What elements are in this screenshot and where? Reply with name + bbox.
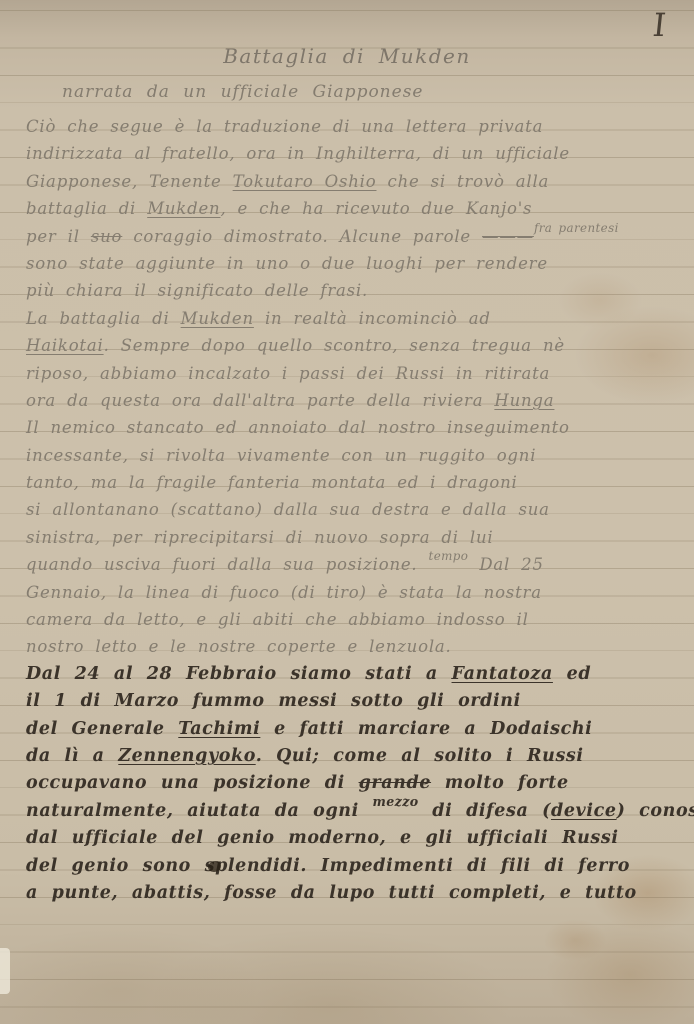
text-segment: più chiara il significato delle frasi. [26, 281, 368, 300]
text-segment: sono state aggiunte in uno o due luoghi … [26, 254, 548, 273]
manuscript-line: occupavano una posizione di grande molto… [26, 770, 688, 797]
underlined-text: device [551, 801, 617, 821]
manuscript-page: I Battaglia di Mukden narrata da un uffi… [0, 0, 694, 1024]
manuscript-line: riposo, abbiamo incalzato i passi dei Ru… [26, 360, 688, 387]
manuscript-line: sinistra, per riprecipitarsi di nuovo so… [26, 524, 688, 551]
manuscript-line: camera da letto, e gli abiti che abbiamo… [26, 606, 688, 633]
text-segment: molto forte [431, 773, 569, 793]
manuscript-line: tanto, ma la fragile fanteria montata ed… [26, 469, 688, 496]
manuscript-line: sono state aggiunte in uno o due luoghi … [26, 250, 688, 277]
manuscript-line: per il suo coraggio dimostrato. Alcune p… [26, 223, 688, 250]
text-segment: a punte, abattis, fosse da lupo tutti co… [26, 883, 637, 903]
manuscript-line: nostro letto e le nostre coperte e lenzu… [26, 633, 688, 660]
inserted-text: tempo [429, 549, 469, 563]
manuscript-body: Ciò che segue è la traduzione di una let… [26, 113, 688, 907]
text-segment: del Generale [26, 719, 178, 739]
text-segment: Giapponese, Tenente [26, 172, 233, 191]
underlined-text: Mukden [147, 199, 220, 218]
page-title: Battaglia di Mukden [0, 44, 694, 68]
manuscript-line: si allontanano (scattano) dalla sua dest… [26, 496, 688, 523]
text-segment: da lì a [26, 746, 118, 766]
text-segment: occupavano una posizione di [26, 773, 359, 793]
text-segment: battaglia di [26, 199, 147, 218]
manuscript-line: più chiara il significato delle frasi. [26, 277, 688, 304]
text-segment: naturalmente, aiutata da ogni [26, 801, 373, 821]
text-segment: tanto, ma la fragile fanteria montata ed… [26, 473, 518, 492]
text-segment: e fatti marciare a Dodaischi [260, 719, 592, 739]
text-segment: si allontanano (scattano) dalla sua dest… [26, 500, 550, 519]
text-segment: per il [26, 227, 91, 246]
inserted-text: fra parentesi [534, 221, 619, 235]
manuscript-line: da lì a Zennengyoko. Qui; come al solito… [26, 743, 688, 770]
manuscript-line: a punte, abattis, fosse da lupo tutti co… [26, 880, 688, 907]
text-segment: quando usciva fuori dalla sua posizione. [26, 555, 429, 574]
manuscript-line: il 1 di Marzo fummo messi sotto gli ordi… [26, 688, 688, 715]
manuscript-line: ora da questa ora dall'altra parte della… [26, 387, 688, 414]
manuscript-line: incessante, si rivolta vivamente con un … [26, 442, 688, 469]
text-segment: di difesa ( [419, 801, 551, 821]
manuscript-line: Giapponese, Tenente Tokutaro Oshio che s… [26, 168, 688, 195]
text-segment: indirizzata al fratello, ora in Inghilte… [26, 144, 570, 163]
underlined-text: Mukden [181, 309, 254, 328]
text-segment: che si trovò alla [376, 172, 549, 191]
text-segment: . Qui; come al solito i Russi [256, 746, 584, 766]
underlined-text: Haikotai [26, 336, 104, 355]
text-segment: incessante, si rivolta vivamente con un … [26, 446, 536, 465]
text-segment: nostro letto e le nostre coperte e lenzu… [26, 637, 452, 656]
manuscript-line: indirizzata al fratello, ora in Inghilte… [26, 140, 688, 167]
manuscript-line: naturalmente, aiutata da ogni mezzo di d… [26, 798, 688, 825]
text-segment: ) conosciuta [617, 801, 694, 821]
crossed-out-text: ——— [482, 227, 534, 246]
text-segment: Gennaio, la linea di fuoco (di tiro) è s… [26, 583, 542, 602]
text-segment: ed [553, 664, 591, 684]
underlined-text: Tokutaro Oshio [233, 172, 377, 191]
paper-edge-highlight [0, 948, 10, 994]
text-segment: coraggio dimostrato. Alcune parole [122, 227, 482, 246]
text-segment: ora da questa ora dall'altra parte della… [26, 391, 494, 410]
manuscript-line: Ciò che segue è la traduzione di una let… [26, 113, 688, 140]
manuscript-line: La battaglia di Mukden in realtà incomin… [26, 305, 688, 332]
text-segment: riposo, abbiamo incalzato i passi dei Ru… [26, 364, 550, 383]
text-segment: Dal 24 al 28 Febbraio siamo stati a [26, 664, 452, 684]
crossed-out-text: suo [91, 227, 122, 246]
manuscript-line: Il nemico stancato ed annoiato dal nostr… [26, 414, 688, 441]
manuscript-line: del genio sono splendidi. Impedimenti di… [26, 853, 688, 880]
crossed-out-text: grande [359, 773, 432, 793]
text-segment: Dal 25 [468, 555, 543, 574]
text-segment: del genio sono splendidi. Impedimenti di… [26, 856, 630, 876]
manuscript-line: del Generale Tachimi e fatti marciare a … [26, 716, 688, 743]
manuscript-line: Dal 24 al 28 Febbraio siamo stati a Fant… [26, 661, 688, 688]
text-segment: sinistra, per riprecipitarsi di nuovo so… [26, 528, 493, 547]
underlined-text: Hunga [494, 391, 554, 410]
underlined-text: Zennengyoko [118, 746, 255, 766]
manuscript-line: quando usciva fuori dalla sua posizione.… [26, 551, 688, 578]
page-subtitle: narrata da un ufficiale Giapponese [62, 82, 423, 102]
manuscript-line: Haikotai. Sempre dopo quello scontro, se… [26, 332, 688, 359]
text-segment: . Sempre dopo quello scontro, senza treg… [104, 336, 565, 355]
inserted-text: mezzo [373, 794, 419, 809]
text-segment: , e che ha ricevuto due Kanjo's [220, 199, 532, 218]
text-segment: dal ufficiale del genio moderno, e gli u… [26, 828, 619, 848]
underlined-text: Fantatoza [452, 664, 553, 684]
text-segment: in realtà incominciò ad [254, 309, 491, 328]
text-segment: il 1 di Marzo fummo messi sotto gli ordi… [26, 691, 521, 711]
underlined-text: Tachimi [178, 719, 260, 739]
text-segment: Ciò che segue è la traduzione di una let… [26, 117, 543, 136]
text-segment: Il nemico stancato ed annoiato dal nostr… [26, 418, 570, 437]
manuscript-line: Gennaio, la linea di fuoco (di tiro) è s… [26, 579, 688, 606]
page-number: I [651, 6, 668, 44]
text-segment: camera da letto, e gli abiti che abbiamo… [26, 610, 529, 629]
text-segment: La battaglia di [26, 309, 181, 328]
manuscript-line: battaglia di Mukden, e che ha ricevuto d… [26, 195, 688, 222]
manuscript-line: dal ufficiale del genio moderno, e gli u… [26, 825, 688, 852]
